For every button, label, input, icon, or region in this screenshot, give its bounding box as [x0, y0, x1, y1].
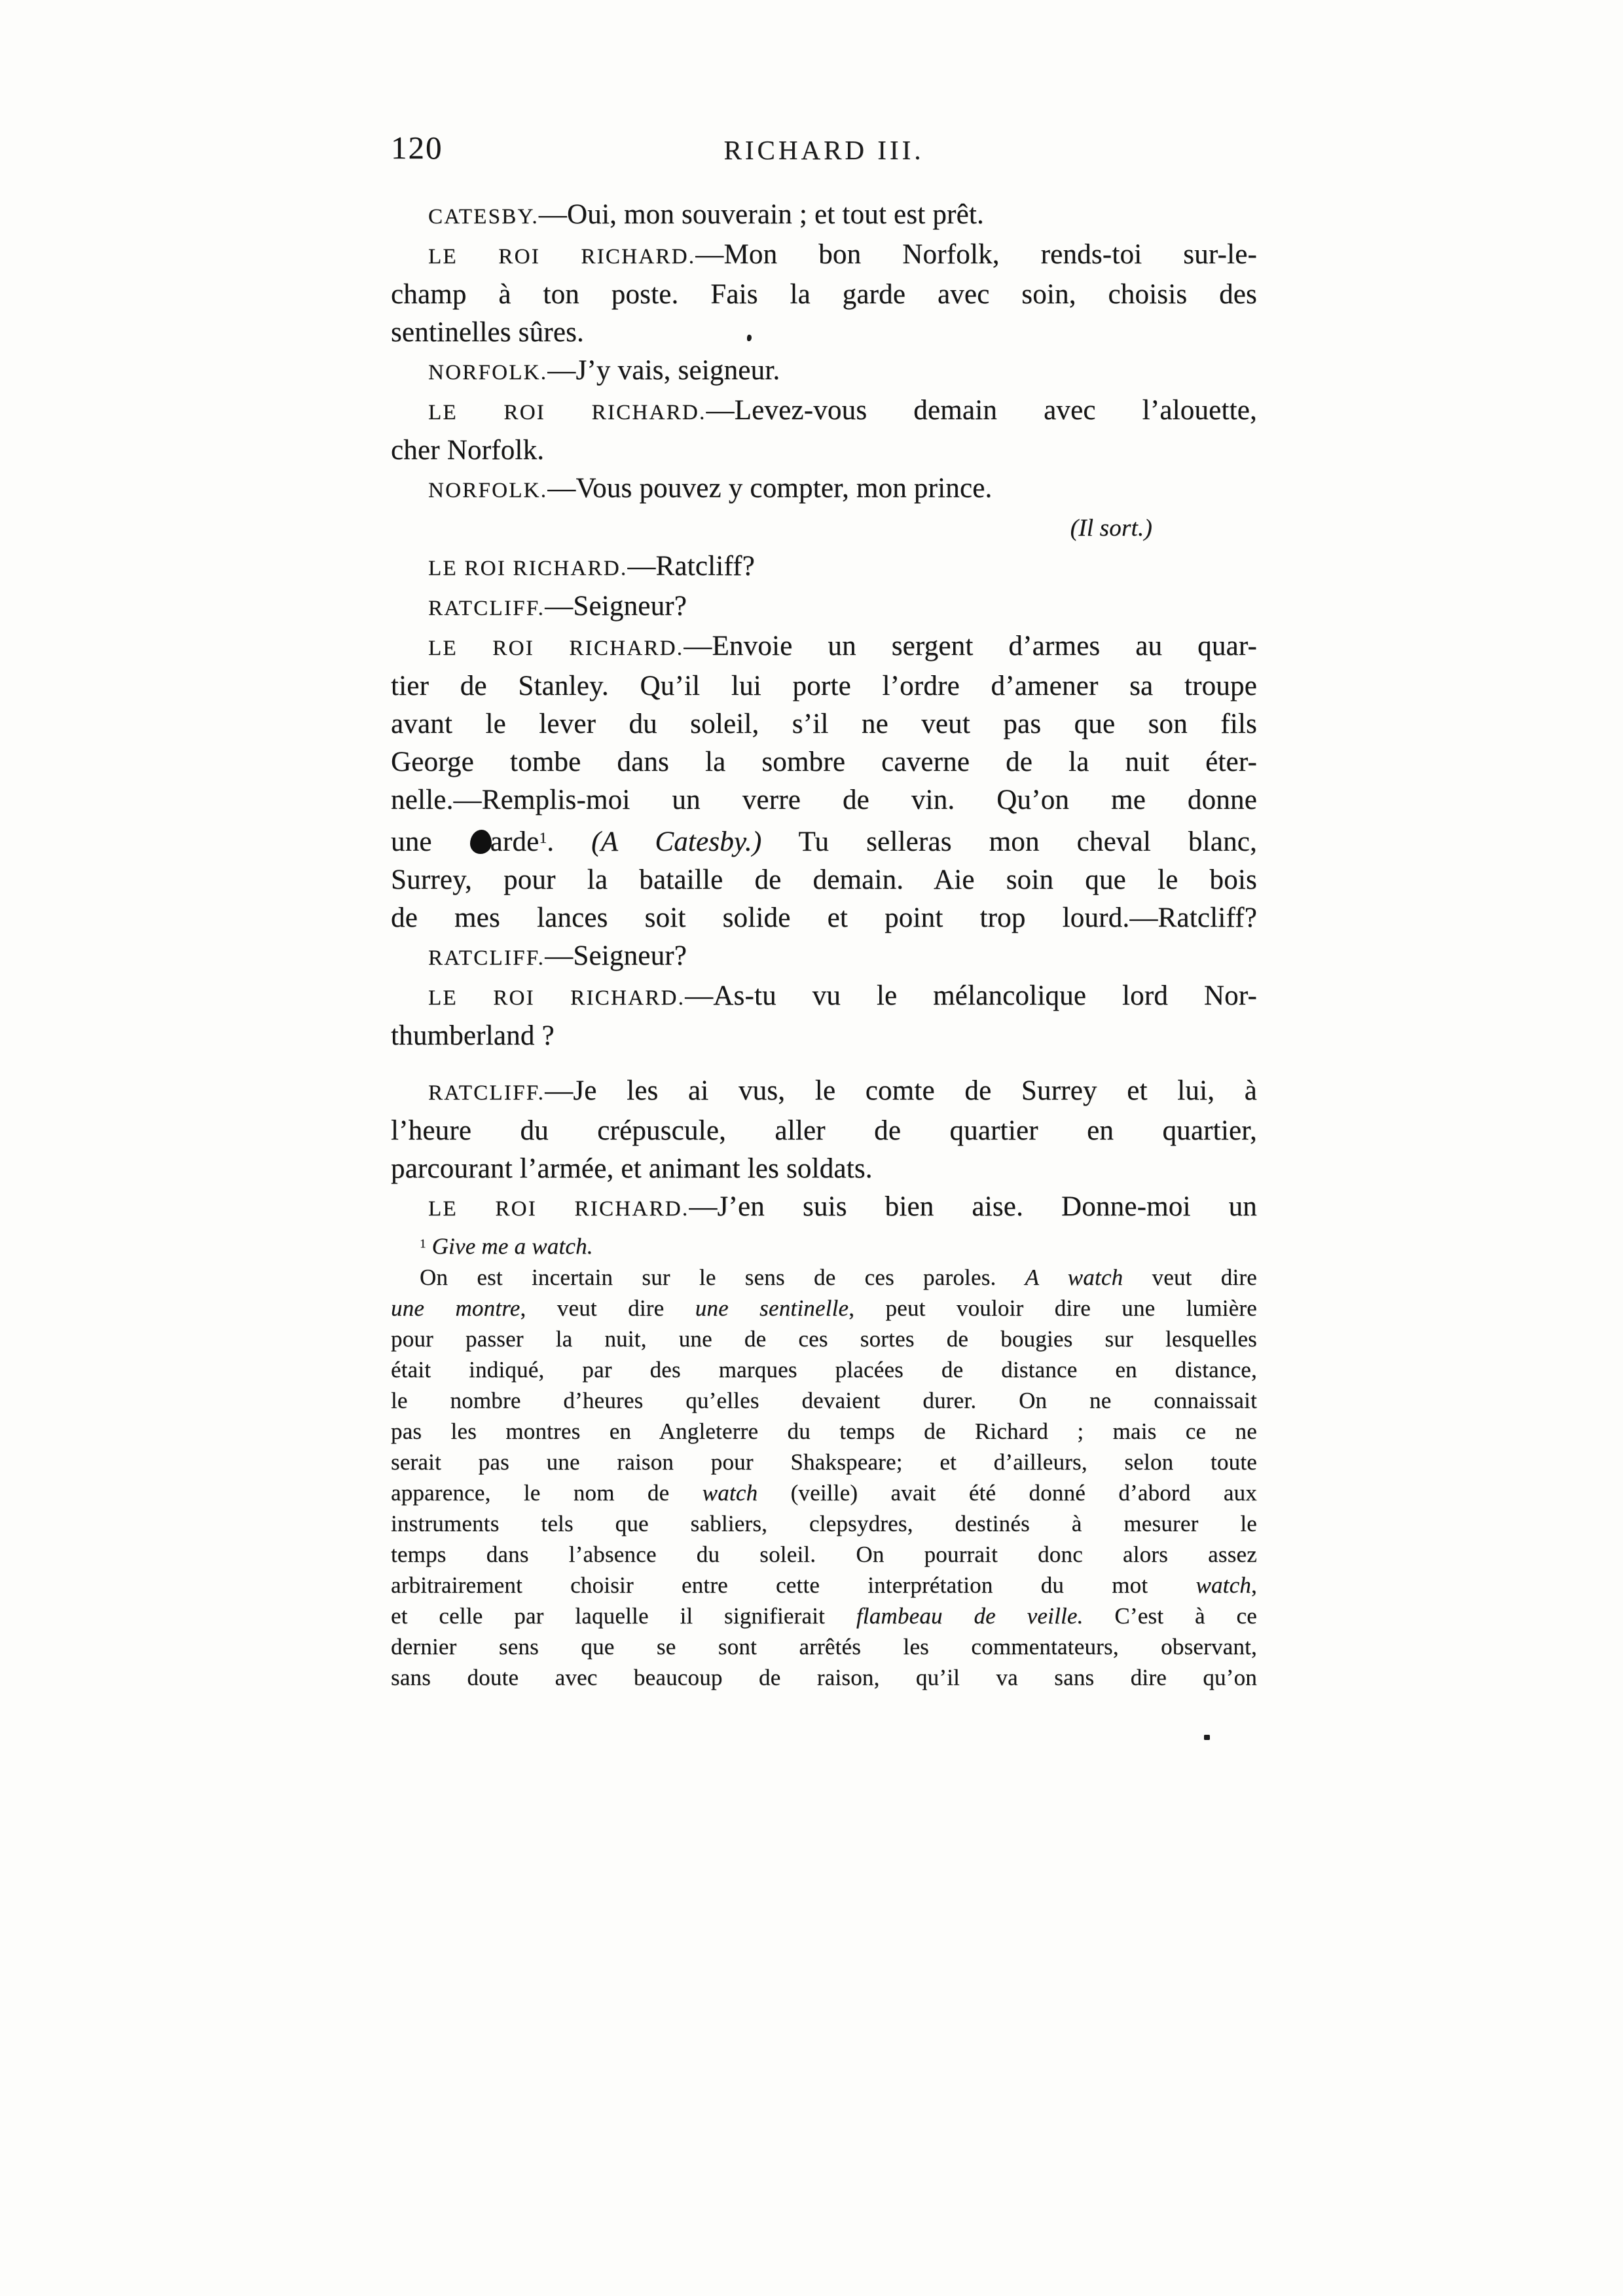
- text-segment: temps dans l’absence du soleil. On pourr…: [391, 1542, 1257, 1567]
- text-segment: le nombre d’heures qu’elles devaient dur…: [391, 1388, 1257, 1413]
- text-line: LE ROI RICHARD.—J’en suis bien aise. Don…: [391, 1188, 1257, 1228]
- text-segment: LE ROI RICHARD.: [428, 244, 695, 268]
- text-segment: sentinelles sûres.: [391, 317, 584, 348]
- ink-blot: [470, 830, 492, 854]
- play-dialogue-text: CATESBY.—Oui, mon souverain ; et tout es…: [391, 196, 1257, 1228]
- text-segment: apparence, le nom de: [391, 1480, 702, 1506]
- text-segment: (A Catesby.): [591, 826, 761, 857]
- text-segment: George tombe dans la sombre caverne de l…: [391, 747, 1257, 777]
- text-segment: l’heure du crépuscule, aller de quartier…: [391, 1115, 1257, 1146]
- text-segment: LE ROI RICHARD.: [428, 636, 684, 660]
- text-segment: —Envoie un sergent d’armes au quar-: [684, 631, 1257, 661]
- text-segment: Tu selleras mon cheval blanc,: [761, 826, 1257, 857]
- text-line: LE ROI RICHARD.—Mon bon Norfolk, rends-t…: [391, 236, 1257, 276]
- ink-speck: [1204, 1735, 1210, 1740]
- text-line: NORFOLK.—Vous pouvez y compter, mon prin…: [391, 470, 1257, 509]
- text-line: avant le lever du soleil, s’il ne veut p…: [391, 705, 1257, 743]
- text-line: RATCLIFF.—Je les ai vus, le comte de Sur…: [391, 1072, 1257, 1112]
- text-line: (Il sort.): [391, 509, 1257, 547]
- text-segment: —Levez-vous demain avec l’alouette,: [706, 395, 1257, 426]
- text-line: George tombe dans la sombre caverne de l…: [391, 743, 1257, 781]
- text-segment: watch: [702, 1480, 758, 1506]
- text-line: CATESBY.—Oui, mon souverain ; et tout es…: [391, 196, 1257, 236]
- text-segment: RATCLIFF.: [428, 596, 545, 620]
- text-line: Surrey, pour la bataille de demain. Aie …: [391, 861, 1257, 899]
- text-segment: LE ROI RICHARD.: [428, 400, 706, 424]
- text-line: sentinelles sûres.: [391, 314, 1257, 352]
- book-page: 120 RICHARD III. CATESBY.—Oui, mon souve…: [0, 0, 1623, 2296]
- text-segment: (veille) avait été donné d’abord aux: [757, 1480, 1257, 1506]
- page-header: 120 RICHARD III.: [391, 128, 1257, 174]
- text-line: 1 Give me a watch.: [391, 1229, 1257, 1262]
- text-segment: —Mon bon Norfolk, rends-toi sur-le-: [695, 239, 1257, 270]
- text-segment: nelle.—Remplis-moi un verre de vin. Qu’o…: [391, 785, 1257, 815]
- text-line: RATCLIFF.—Seigneur?: [391, 587, 1257, 627]
- text-line: de mes lances soit solide et point trop …: [391, 899, 1257, 937]
- text-segment: , peut vouloir dire une lumière: [848, 1295, 1257, 1321]
- text-segment: CATESBY.: [428, 204, 539, 229]
- text-segment: parcourant l’armée, et animant les solda…: [391, 1153, 873, 1184]
- text-segment: C’est à ce: [1084, 1603, 1257, 1629]
- text-segment: arbitrairement choisir entre cette inter…: [391, 1572, 1195, 1598]
- text-segment: RATCLIFF.: [428, 1081, 545, 1105]
- text-line: sans doute avec beaucoup de raison, qu’i…: [391, 1662, 1257, 1693]
- text-line: pas les montres en Angleterre du temps d…: [391, 1416, 1257, 1447]
- text-line: l’heure du crépuscule, aller de quartier…: [391, 1112, 1257, 1150]
- text-line: une arde1. (A Catesby.) Tu selleras mon …: [391, 819, 1257, 861]
- text-segment: LE ROI RICHARD.: [428, 556, 627, 580]
- text-segment: tier de Stanley. Qu’il lui porte l’ordre…: [391, 671, 1257, 701]
- text-segment: —J’en suis bien aise. Donne-moi un: [689, 1191, 1257, 1222]
- text-line: thumberland ?: [391, 1017, 1257, 1055]
- text-segment: champ à ton poste. Fais la garde avec so…: [391, 279, 1257, 310]
- running-title: RICHARD III.: [391, 132, 1257, 168]
- text-line: LE ROI RICHARD.—As-tu vu le mélancolique…: [391, 977, 1257, 1017]
- text-segment: avant le lever du soleil, s’il ne veut p…: [391, 709, 1257, 739]
- text-segment: , veut dire: [520, 1295, 695, 1321]
- text-segment: et celle par laquelle il signifierait: [391, 1603, 856, 1629]
- text-line: et celle par laquelle il signifierait fl…: [391, 1601, 1257, 1631]
- text-line: LE ROI RICHARD.—Levez-vous demain avec l…: [391, 392, 1257, 432]
- text-segment: RATCLIFF.: [428, 946, 545, 970]
- text-segment: une sentinelle: [695, 1295, 849, 1321]
- text-segment: 1: [420, 1237, 426, 1251]
- text-segment: —Vous pouvez y compter, mon prince.: [547, 473, 992, 504]
- text-line: temps dans l’absence du soleil. On pourr…: [391, 1539, 1257, 1570]
- text-segment: une: [391, 826, 469, 857]
- text-line: instruments tels que sabliers, clepsydre…: [391, 1508, 1257, 1539]
- text-segment: 1: [539, 830, 547, 847]
- text-line: NORFOLK.—J’y vais, seigneur.: [391, 352, 1257, 392]
- text-segment: serait pas une raison pour Shakspeare; e…: [391, 1449, 1257, 1475]
- text-segment: cher Norfolk.: [391, 435, 544, 466]
- footnote-text: 1 Give me a watch.On est incertain sur l…: [391, 1229, 1257, 1693]
- text-segment: veut dire: [1123, 1265, 1257, 1290]
- text-segment: —J’y vais, seigneur.: [547, 355, 780, 386]
- text-line: dernier sens que se sont arrêtés les com…: [391, 1631, 1257, 1662]
- text-line: arbitrairement choisir entre cette inter…: [391, 1570, 1257, 1601]
- text-segment: pour passer la nuit, une de ces sortes d…: [391, 1326, 1257, 1352]
- text-line: serait pas une raison pour Shakspeare; e…: [391, 1447, 1257, 1477]
- text-line: le nombre d’heures qu’elles devaient dur…: [391, 1385, 1257, 1416]
- text-segment: .: [547, 826, 591, 857]
- text-line: était indiqué, par des marques placées d…: [391, 1354, 1257, 1385]
- text-segment: pas les montres en Angleterre du temps d…: [391, 1418, 1257, 1444]
- text-segment: watch: [1195, 1572, 1251, 1598]
- text-segment: était indiqué, par des marques placées d…: [391, 1357, 1257, 1382]
- text-segment: A watch: [1025, 1265, 1123, 1290]
- text-segment: flambeau de veille.: [856, 1603, 1084, 1629]
- text-line: tier de Stanley. Qu’il lui porte l’ordre…: [391, 667, 1257, 705]
- text-line: apparence, le nom de watch (veille) avai…: [391, 1477, 1257, 1508]
- text-segment: —Oui, mon souverain ; et tout est prêt.: [539, 199, 984, 230]
- text-line: On est incertain sur le sens de ces paro…: [391, 1262, 1257, 1293]
- text-line: pour passer la nuit, une de ces sortes d…: [391, 1324, 1257, 1354]
- text-segment: de mes lances soit solide et point trop …: [391, 902, 1257, 933]
- text-line: RATCLIFF.—Seigneur?: [391, 937, 1257, 977]
- text-line: nelle.—Remplis-moi un verre de vin. Qu’o…: [391, 781, 1257, 819]
- text-line: cher Norfolk.: [391, 432, 1257, 470]
- text-segment: instruments tels que sabliers, clepsydre…: [391, 1511, 1257, 1536]
- text-line: une montre, veut dire une sentinelle, pe…: [391, 1293, 1257, 1324]
- text-segment: —Seigneur?: [545, 940, 687, 971]
- text-segment: On est incertain sur le sens de ces paro…: [420, 1265, 1025, 1290]
- text-segment: NORFOLK.: [428, 360, 547, 384]
- text-segment: (Il sort.): [1070, 515, 1152, 542]
- text-line: LE ROI RICHARD.—Ratcliff?: [391, 547, 1257, 587]
- text-segment: dernier sens que se sont arrêtés les com…: [391, 1634, 1257, 1659]
- text-line: LE ROI RICHARD.—Envoie un sergent d’arme…: [391, 627, 1257, 667]
- text-segment: une montre: [391, 1295, 520, 1321]
- text-segment: ,: [1251, 1572, 1257, 1598]
- text-segment: sans doute avec beaucoup de raison, qu’i…: [391, 1665, 1257, 1690]
- text-segment: —Ratcliff?: [627, 551, 755, 582]
- text-segment: LE ROI RICHARD.: [428, 986, 685, 1010]
- text-segment: arde: [490, 826, 539, 857]
- text-segment: —Seigneur?: [545, 591, 687, 621]
- text-segment: Surrey, pour la bataille de demain. Aie …: [391, 864, 1257, 895]
- text-segment: —Je les ai vus, le comte de Surrey et lu…: [545, 1075, 1257, 1106]
- text-line: parcourant l’armée, et animant les solda…: [391, 1150, 1257, 1188]
- text-segment: NORFOLK.: [428, 478, 547, 502]
- text-segment: —As-tu vu le mélancolique lord Nor-: [685, 980, 1257, 1011]
- text-segment: thumberland ?: [391, 1020, 555, 1051]
- text-segment: Give me a watch.: [426, 1234, 593, 1259]
- text-line: champ à ton poste. Fais la garde avec so…: [391, 276, 1257, 314]
- text-segment: LE ROI RICHARD.: [428, 1196, 689, 1221]
